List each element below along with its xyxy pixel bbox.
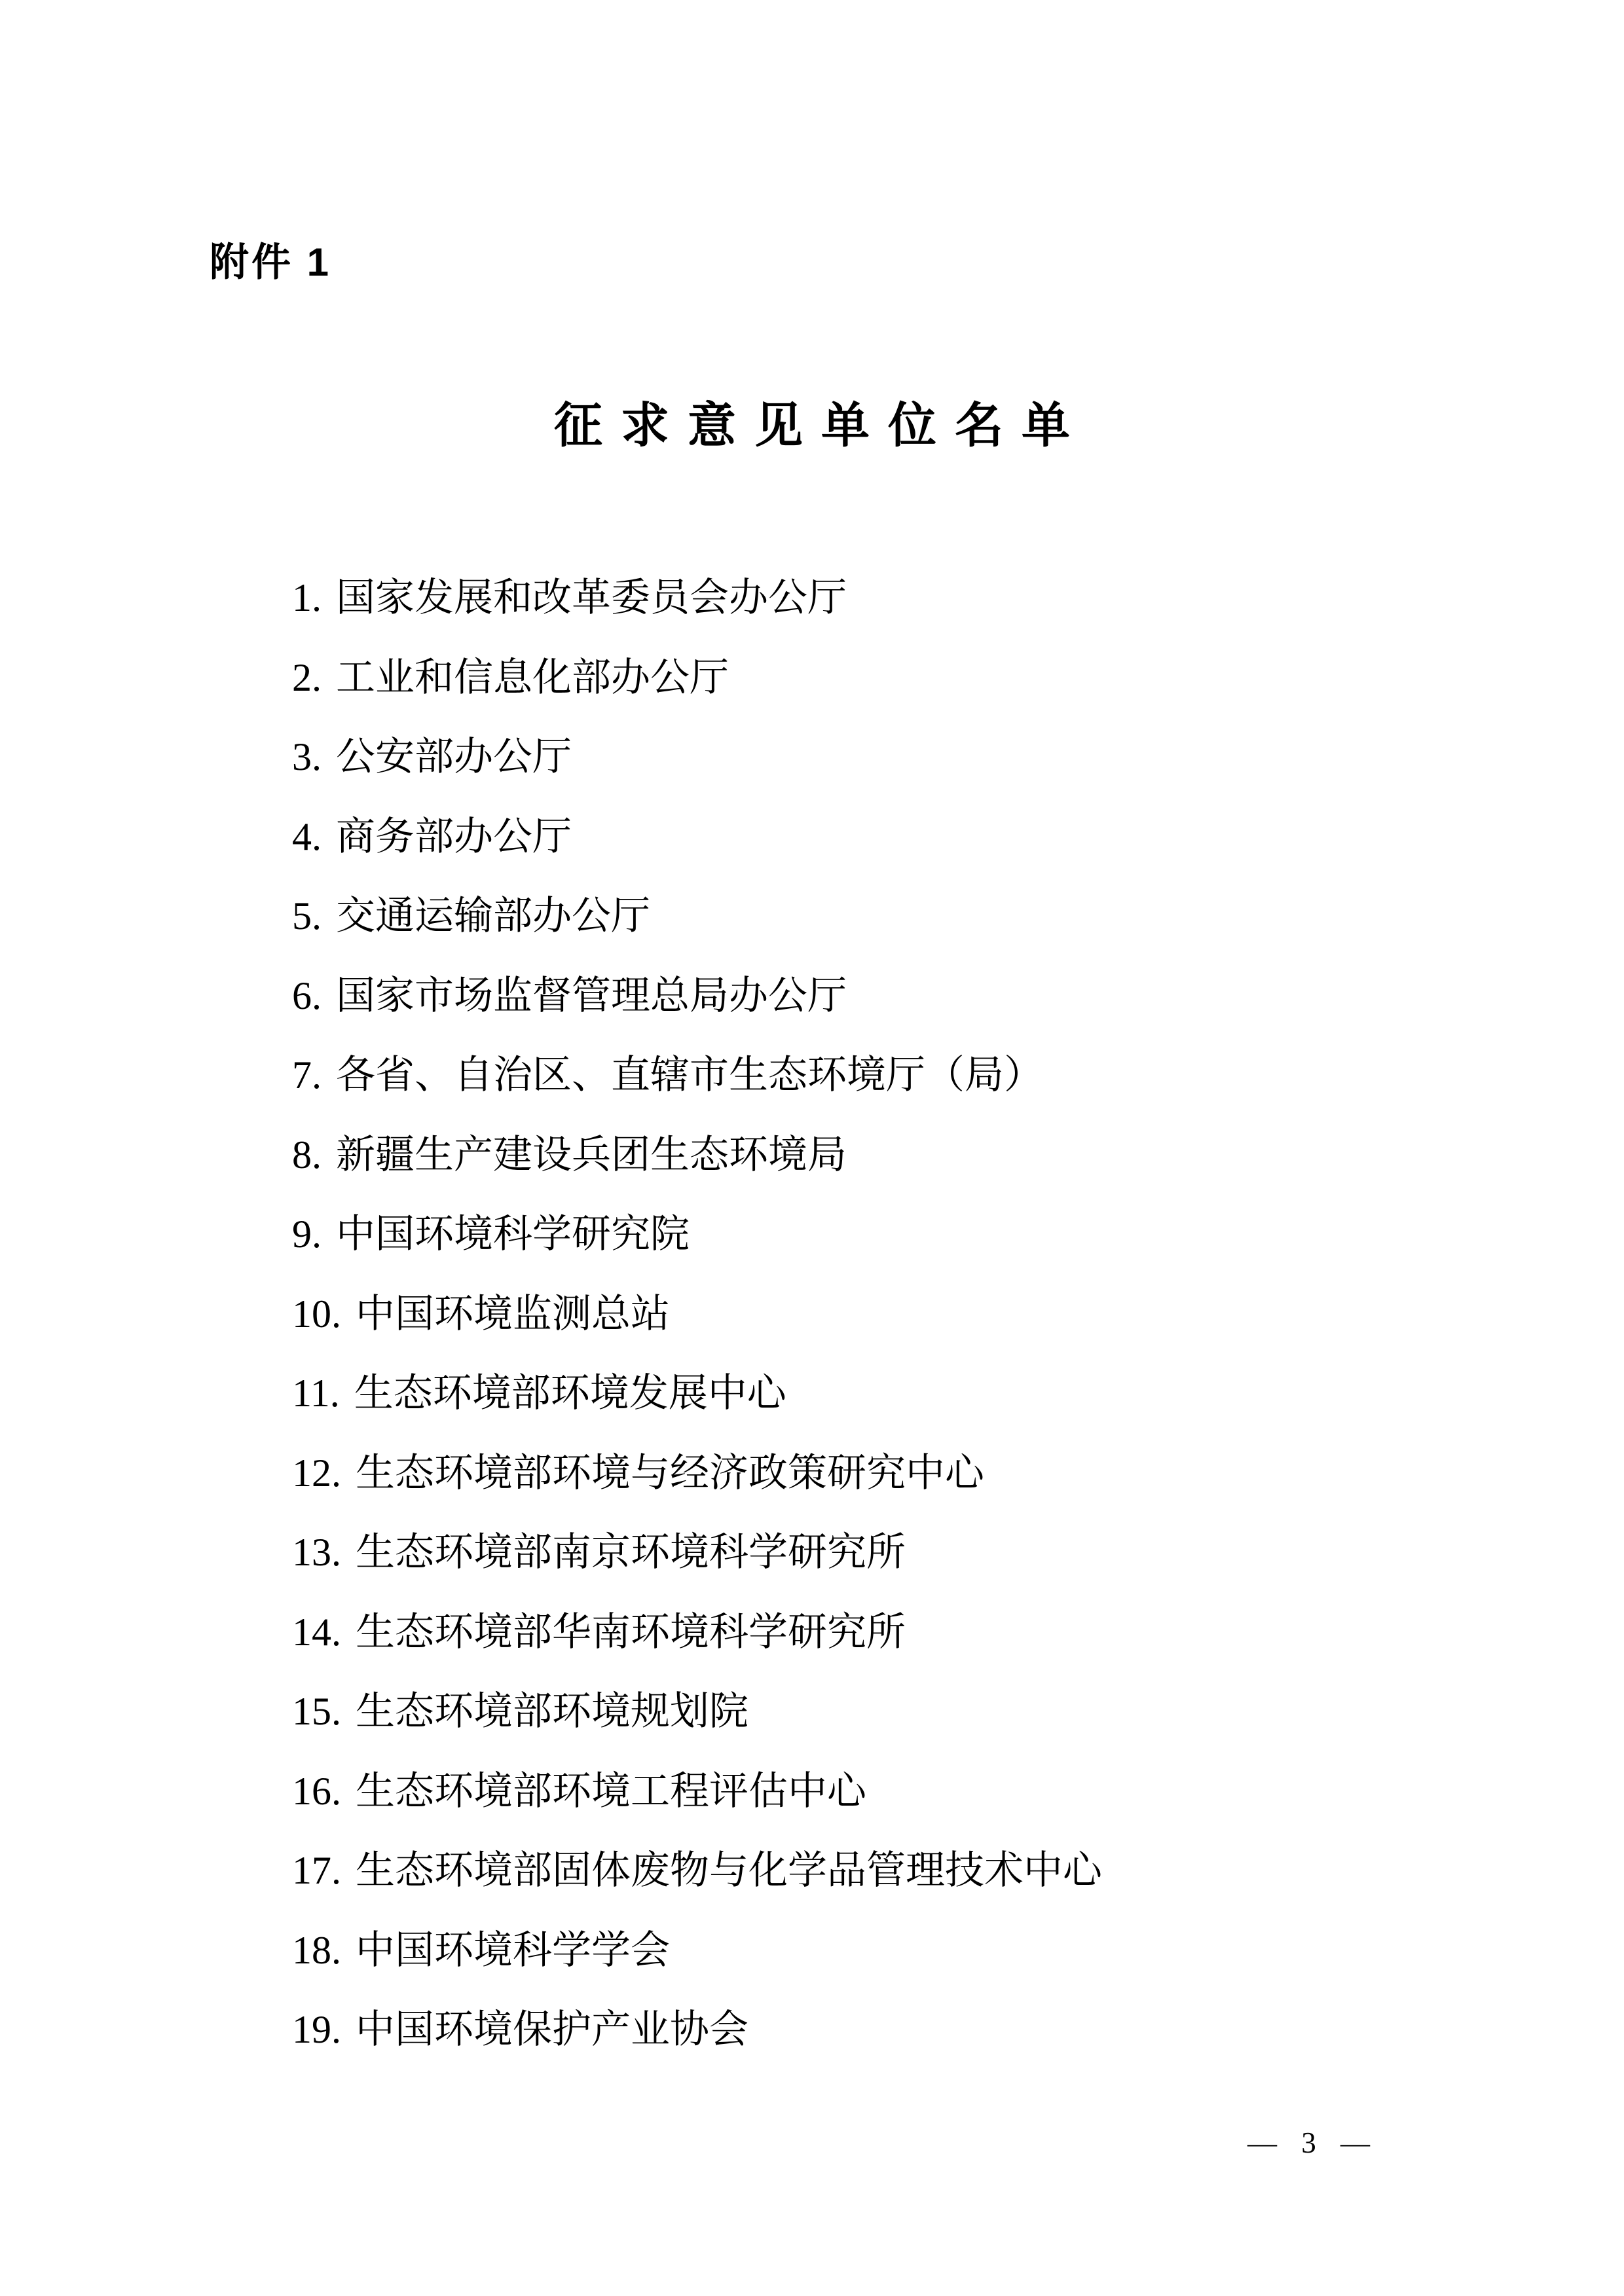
item-number: 14.: [292, 1611, 341, 1654]
item-number: 11.: [292, 1372, 340, 1415]
page-number: — 3 —: [1247, 2125, 1370, 2160]
unit-list: 1.国家发展和改革委员会办公厅2.工业和信息化部办公厅3.公安部办公厅4.商务部…: [292, 558, 1102, 2070]
page-title: 征求意见单位名单: [0, 397, 1624, 455]
list-item: 10.中国环境监测总站: [292, 1275, 1102, 1355]
item-name: 生态环境部环境工程评估中心: [356, 1770, 866, 1813]
list-item: 5.交通运输部办公厅: [292, 877, 1102, 957]
item-name: 工业和信息化部办公厅: [336, 656, 729, 699]
list-item: 17.生态环境部固体废物与化学品管理技术中心: [292, 1831, 1102, 1911]
item-name: 中国环境科学研究院: [336, 1212, 690, 1256]
item-name: 中国环境监测总站: [356, 1292, 670, 1336]
item-number: 4.: [292, 815, 322, 858]
list-item: 13.生态环境部南京环境科学研究所: [292, 1513, 1102, 1593]
list-item: 2.工业和信息化部办公厅: [292, 638, 1102, 718]
item-name: 生态环境部华南环境科学研究所: [356, 1611, 906, 1654]
item-name: 商务部办公厅: [336, 815, 572, 858]
item-number: 10.: [292, 1292, 341, 1336]
item-number: 13.: [292, 1531, 341, 1574]
item-name: 新疆生产建设兵团生态环境局: [336, 1133, 847, 1176]
item-number: 3.: [292, 735, 322, 778]
item-number: 16.: [292, 1770, 341, 1813]
document-page: 附件 1 征求意见单位名单 1.国家发展和改革委员会办公厅2.工业和信息化部办公…: [0, 0, 1624, 2296]
list-item: 18.中国环境科学学会: [292, 1911, 1102, 1991]
item-number: 19.: [292, 2008, 341, 2051]
list-item: 19.中国环境保护产业协会: [292, 1990, 1102, 2070]
list-item: 4.商务部办公厅: [292, 797, 1102, 877]
list-item: 1.国家发展和改革委员会办公厅: [292, 558, 1102, 638]
list-item: 9.中国环境科学研究院: [292, 1195, 1102, 1275]
item-name: 国家发展和改革委员会办公厅: [336, 576, 847, 619]
item-name: 生态环境部环境发展中心: [354, 1372, 786, 1415]
item-number: 8.: [292, 1133, 322, 1176]
item-name: 生态环境部环境规划院: [356, 1690, 748, 1733]
list-item: 7.各省、自治区、直辖市生态环境厅（局）: [292, 1036, 1102, 1116]
attachment-label: 附件 1: [210, 241, 331, 284]
item-name: 生态环境部南京环境科学研究所: [356, 1531, 906, 1574]
item-number: 2.: [292, 656, 322, 699]
item-name: 中国环境科学学会: [356, 1929, 670, 1972]
list-item: 16.生态环境部环境工程评估中心: [292, 1752, 1102, 1832]
item-number: 18.: [292, 1929, 341, 1972]
list-item: 12.生态环境部环境与经济政策研究中心: [292, 1434, 1102, 1514]
item-number: 1.: [292, 576, 322, 619]
list-item: 15.生态环境部环境规划院: [292, 1672, 1102, 1752]
item-name: 生态环境部环境与经济政策研究中心: [356, 1451, 984, 1495]
item-number: 7.: [292, 1053, 322, 1097]
list-item: 11.生态环境部环境发展中心: [292, 1354, 1102, 1434]
item-number: 5.: [292, 894, 322, 938]
list-item: 6.国家市场监督管理总局办公厅: [292, 957, 1102, 1036]
item-name: 中国环境保护产业协会: [356, 2008, 748, 2051]
item-name: 公安部办公厅: [336, 735, 572, 778]
list-item: 14.生态环境部华南环境科学研究所: [292, 1593, 1102, 1673]
item-name: 国家市场监督管理总局办公厅: [336, 974, 847, 1017]
item-number: 9.: [292, 1212, 322, 1256]
list-item: 8.新疆生产建设兵团生态环境局: [292, 1116, 1102, 1195]
item-number: 6.: [292, 974, 322, 1017]
item-name: 生态环境部固体废物与化学品管理技术中心: [356, 1849, 1102, 1892]
item-name: 各省、自治区、直辖市生态环境厅（局）: [336, 1053, 1043, 1097]
list-item: 3.公安部办公厅: [292, 718, 1102, 797]
item-number: 12.: [292, 1451, 341, 1495]
item-number: 17.: [292, 1849, 341, 1892]
item-number: 15.: [292, 1690, 341, 1733]
item-name: 交通运输部办公厅: [336, 894, 650, 938]
